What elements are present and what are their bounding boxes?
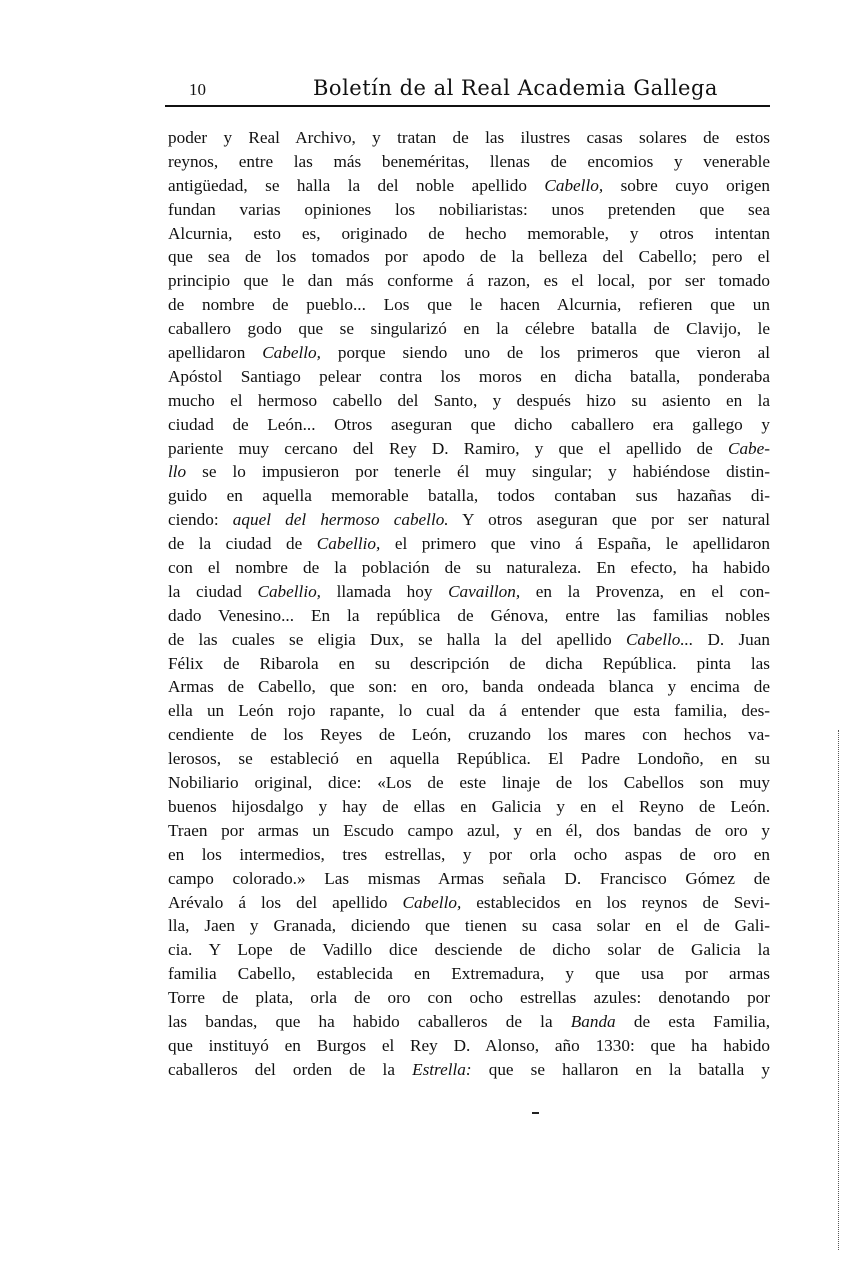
text-line: pariente muy cercano del Rey D. Ramiro, … [168, 437, 770, 461]
text-segment: de las cuales se eligia Dux, se halla la… [168, 630, 626, 649]
text-segment: en la Provenza, en el con- [520, 582, 770, 601]
text-line: caballero godo que se singularizó en la … [168, 317, 770, 341]
text-line: ella un León rojo rapante, lo cual da á … [168, 699, 770, 723]
document-page: 10 Boletín de al Real Academia Gallega p… [0, 0, 850, 1270]
italic-text: Cabello, [403, 893, 462, 912]
italic-text: Cavaillon, [448, 582, 520, 601]
text-line: de nombre de pueblo... Los que le hacen … [168, 293, 770, 317]
text-segment: pariente muy cercano del Rey D. Ramiro, … [168, 439, 728, 458]
text-line: buenos hijosdalgo y hay de ellas en Gali… [168, 795, 770, 819]
text-segment: fundan varias opiniones los nobiliarista… [168, 200, 770, 219]
text-segment: lla, Jaen y Granada, diciendo que tienen… [168, 916, 770, 935]
text-segment: de nombre de pueblo... Los que le hacen … [168, 295, 770, 314]
text-segment: familia Cabello, establecida en Extremad… [168, 964, 770, 983]
italic-text: aquel del hermoso cabello. [233, 510, 449, 529]
text-segment: que se hallaron en la batalla y [472, 1060, 770, 1079]
text-segment: antigüedad, se halla la del noble apelli… [168, 176, 544, 195]
text-segment: que sea de los tomados por apodo de la b… [168, 247, 770, 266]
text-segment: en los intermedios, tres estrellas, y po… [168, 845, 770, 864]
text-segment: Alcurnia, esto es, originado de hecho me… [168, 224, 770, 243]
italic-text: Cabello, [262, 343, 321, 362]
text-segment: ciudad de León... Otros aseguran que dic… [168, 415, 770, 434]
text-line: ciudad de León... Otros aseguran que dic… [168, 413, 770, 437]
journal-title: Boletín de al Real Academia Gallega [313, 76, 718, 100]
text-segment: las bandas, que ha habido caballeros de … [168, 1012, 571, 1031]
text-line: de la ciudad de Cabellio, el primero que… [168, 532, 770, 556]
text-line: en los intermedios, tres estrellas, y po… [168, 843, 770, 867]
text-segment: sobre cuyo origen [603, 176, 770, 195]
text-line: Torre de plata, orla de oro con ocho est… [168, 986, 770, 1010]
text-line: Arévalo á los del apellido Cabello, esta… [168, 891, 770, 915]
italic-text: Estrella: [412, 1060, 472, 1079]
text-line: que instituyó en Burgos el Rey D. Alonso… [168, 1034, 770, 1058]
header-rule [165, 105, 770, 107]
text-segment: principio que le dan más conforme á razo… [168, 271, 770, 290]
italic-text: Cabe- [728, 439, 770, 458]
text-segment: poder y Real Archivo, y tratan de las il… [168, 128, 770, 147]
text-segment: guido en aquella memorable batalla, todo… [168, 486, 770, 505]
text-segment: D. Juan [693, 630, 770, 649]
text-segment: se lo impusieron por tenerle él muy sing… [186, 462, 770, 481]
text-segment: establecidos en los reynos de Sevi- [461, 893, 770, 912]
italic-text: Banda [571, 1012, 616, 1031]
text-segment: Nobiliario original, dice: «Los de este … [168, 773, 770, 792]
text-segment: de esta Familia, [616, 1012, 770, 1031]
text-line: Apóstol Santiago pelear contra los moros… [168, 365, 770, 389]
text-line: lerosos, se estableció en aquella Repúbl… [168, 747, 770, 771]
text-segment: la ciudad [168, 582, 257, 601]
text-segment: caballero godo que se singularizó en la … [168, 319, 770, 338]
text-line: dado Venesino... En la república de Géno… [168, 604, 770, 628]
text-line: antigüedad, se halla la del noble apelli… [168, 174, 770, 198]
text-line: que sea de los tomados por apodo de la b… [168, 245, 770, 269]
running-head: 10 Boletín de al Real Academia Gallega [165, 76, 770, 104]
text-segment: buenos hijosdalgo y hay de ellas en Gali… [168, 797, 770, 816]
text-segment: cia. Y Lope de Vadillo dice desciende de… [168, 940, 770, 959]
text-segment: Y otros aseguran que por ser natural [449, 510, 770, 529]
text-line: reynos, entre las más beneméritas, llena… [168, 150, 770, 174]
text-segment: lerosos, se estableció en aquella Repúbl… [168, 749, 770, 768]
text-segment: con el nombre de la población de su natu… [168, 558, 770, 577]
text-segment: Apóstol Santiago pelear contra los moros… [168, 367, 770, 386]
text-line: guido en aquella memorable batalla, todo… [168, 484, 770, 508]
text-segment: Torre de plata, orla de oro con ocho est… [168, 988, 770, 1007]
text-segment: llamada hoy [321, 582, 448, 601]
text-line: cia. Y Lope de Vadillo dice desciende de… [168, 938, 770, 962]
text-line: Nobiliario original, dice: «Los de este … [168, 771, 770, 795]
text-line: campo colorado.» Las mismas Armas señala… [168, 867, 770, 891]
text-segment: ciendo: [168, 510, 233, 529]
text-segment: apellidaron [168, 343, 262, 362]
text-line: cendiente de los Reyes de León, cruzando… [168, 723, 770, 747]
text-line: llo se lo impusieron por tenerle él muy … [168, 460, 770, 484]
text-line: Armas de Cabello, que son: en oro, banda… [168, 675, 770, 699]
text-segment: dado Venesino... En la república de Géno… [168, 606, 770, 625]
text-segment: campo colorado.» Las mismas Armas señala… [168, 869, 770, 888]
text-line: familia Cabello, establecida en Extremad… [168, 962, 770, 986]
text-line: fundan varias opiniones los nobiliarista… [168, 198, 770, 222]
text-line: las bandas, que ha habido caballeros de … [168, 1010, 770, 1034]
text-line: Traen por armas un Escudo campo azul, y … [168, 819, 770, 843]
text-segment: de la ciudad de [168, 534, 317, 553]
text-line: la ciudad Cabellio, llamada hoy Cavaillo… [168, 580, 770, 604]
text-segment: porque siendo uno de los primeros que vi… [321, 343, 770, 362]
text-segment: Traen por armas un Escudo campo azul, y … [168, 821, 770, 840]
italic-text: Cabello, [544, 176, 603, 195]
text-segment: Félix de Ribarola en su descripción de d… [168, 654, 770, 673]
text-line: poder y Real Archivo, y tratan de las il… [168, 126, 770, 150]
text-segment: mucho el hermoso cabello del Santo, y de… [168, 391, 770, 410]
text-segment: Armas de Cabello, que son: en oro, banda… [168, 677, 770, 696]
text-segment: que instituyó en Burgos el Rey D. Alonso… [168, 1036, 770, 1055]
text-line: apellidaron Cabello, porque siendo uno d… [168, 341, 770, 365]
text-line: Félix de Ribarola en su descripción de d… [168, 652, 770, 676]
text-segment: cendiente de los Reyes de León, cruzando… [168, 725, 770, 744]
text-line: mucho el hermoso cabello del Santo, y de… [168, 389, 770, 413]
italic-text: Cabellio, [257, 582, 321, 601]
text-line: lla, Jaen y Granada, diciendo que tienen… [168, 914, 770, 938]
text-segment: caballeros del orden de la [168, 1060, 412, 1079]
text-line: con el nombre de la población de su natu… [168, 556, 770, 580]
text-line: ciendo: aquel del hermoso cabello. Y otr… [168, 508, 770, 532]
text-line: principio que le dan más conforme á razo… [168, 269, 770, 293]
italic-text: llo [168, 462, 186, 481]
text-line: caballeros del orden de la Estrella: que… [168, 1058, 770, 1082]
text-segment: el primero que vino á España, le apellid… [380, 534, 770, 553]
italic-text: Cabello... [626, 630, 693, 649]
text-segment: reynos, entre las más beneméritas, llena… [168, 152, 770, 171]
body-text: poder y Real Archivo, y tratan de las il… [168, 126, 770, 1082]
italic-text: Cabellio, [317, 534, 381, 553]
text-segment: ella un León rojo rapante, lo cual da á … [168, 701, 770, 720]
page-number: 10 [189, 80, 206, 100]
text-segment: Arévalo á los del apellido [168, 893, 403, 912]
scan-margin-artifact [838, 730, 840, 1250]
text-line: Alcurnia, esto es, originado de hecho me… [168, 222, 770, 246]
text-line: de las cuales se eligia Dux, se halla la… [168, 628, 770, 652]
scan-dash-artifact [532, 1112, 539, 1114]
